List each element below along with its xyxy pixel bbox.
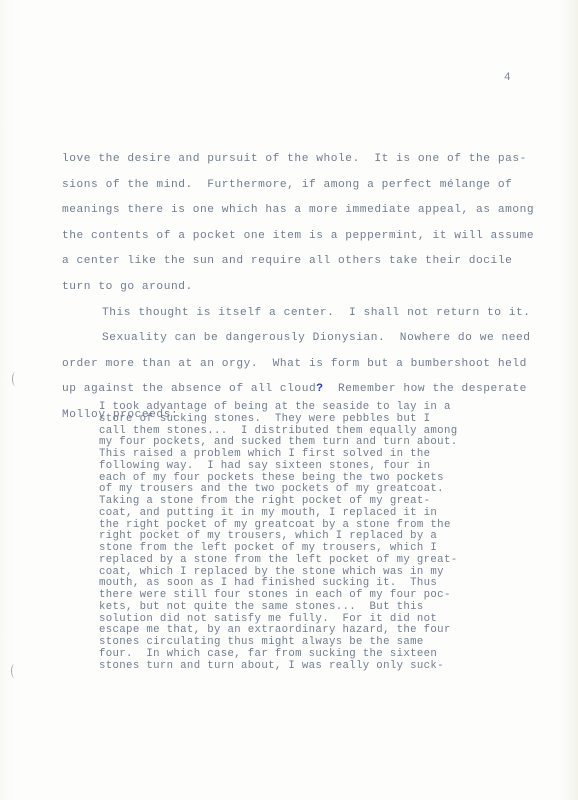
quote-line: kets, but not quite the same stones... B… <box>99 602 499 614</box>
block-quote: I took advantage of being at the seaside… <box>99 402 499 672</box>
quote-line: Taking a stone from the right pocket of … <box>99 496 499 508</box>
paragraph-start-line: This thought is itself a center. I shall… <box>62 301 532 327</box>
text-line: a center like the sun and require all ot… <box>62 249 532 275</box>
quote-line: stone from the left pocket of my trouser… <box>99 543 499 555</box>
quote-line: coat, and putting it in my mouth, I repl… <box>99 508 499 520</box>
text-line: turn to go around. <box>62 275 532 301</box>
quote-line: following way. I had say sixteen stones,… <box>99 461 499 473</box>
text-line: up against the absence of all cloud? Rem… <box>62 377 532 403</box>
body-text: love the desire and pursuit of the whole… <box>62 147 532 429</box>
quote-line: stones circulating thus might always be … <box>99 637 499 649</box>
handwritten-question-mark: ? <box>316 383 323 395</box>
quote-line: four. In which case, far from sucking th… <box>99 649 499 661</box>
text-line: the contents of a pocket one item is a p… <box>62 224 532 250</box>
quote-line: store of sucking stones. They were pebbl… <box>99 414 499 426</box>
quote-line: This raised a problem which I first solv… <box>99 449 499 461</box>
text-segment: up against the absence of all cloud <box>62 383 316 395</box>
quote-line: replaced by a stone from the left pocket… <box>99 555 499 567</box>
text-line: order more than at an orgy. What is form… <box>62 352 532 378</box>
quote-line: there were still four stones in each of … <box>99 590 499 602</box>
text-line: love the desire and pursuit of the whole… <box>62 147 532 173</box>
text-line: meanings there is one which has a more i… <box>62 198 532 224</box>
text-segment: Remember how the desperate <box>324 383 527 395</box>
quote-line: I took advantage of being at the seaside… <box>99 402 499 414</box>
margin-bracket-mark <box>11 664 18 678</box>
paragraph-start-line: Sexuality can be dangerously Dionysian. … <box>62 326 532 352</box>
typescript-page: 4 love the desire and pursuit of the who… <box>0 0 578 800</box>
quote-line: stones turn and turn about, I was really… <box>99 661 499 673</box>
page-number: 4 <box>504 72 511 84</box>
text-line: sions of the mind. Furthermore, if among… <box>62 173 532 199</box>
margin-bracket-mark <box>12 372 19 386</box>
